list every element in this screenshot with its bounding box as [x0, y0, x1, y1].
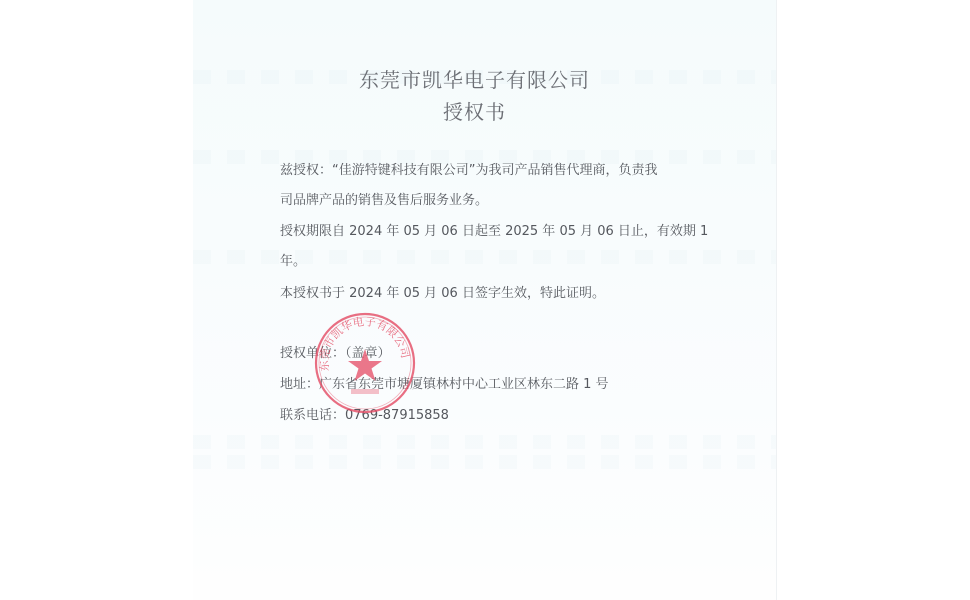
scan-artifact	[193, 455, 776, 469]
company-seal-icon: 东莞市凯华电子有限公司	[313, 311, 417, 415]
document-title: 授权书	[193, 96, 766, 125]
paragraph-line: 本授权书于 2024 年 05 月 06 日签字生效，特此证明。	[280, 286, 700, 302]
paragraph-line: 授权期限自 2024 年 05 月 06 日起至 2025 年 05 月 06 …	[280, 224, 700, 240]
paragraph-line: 兹授权：“佳游特键科技有限公司”为我司产品销售代理商，负责我	[280, 163, 700, 179]
paragraph-line: 年。	[280, 254, 700, 270]
company-title: 东莞市凯华电子有限公司	[193, 64, 766, 93]
scan-artifact	[193, 435, 776, 449]
document-page: 东莞市凯华电子有限公司 授权书 兹授权：“佳游特键科技有限公司”为我司产品销售代…	[193, 0, 777, 600]
paragraph-line: 司品牌产品的销售及售后服务业务。	[280, 193, 700, 209]
scan-artifact	[193, 150, 776, 164]
